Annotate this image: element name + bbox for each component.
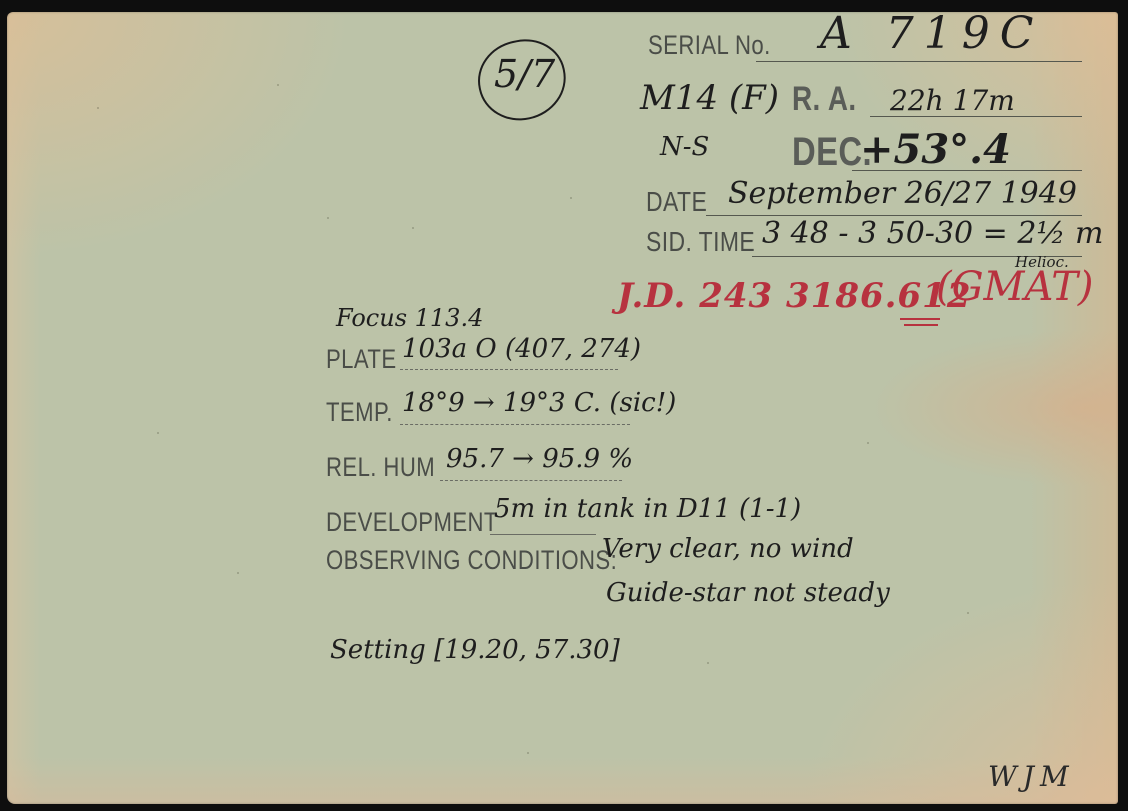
ra-prefix-note: M14 (F) (640, 78, 779, 118)
date-label: DATE (646, 186, 707, 218)
development-label: DEVELOPMENT (326, 507, 498, 538)
serial-rule (756, 61, 1082, 62)
paper-speck (157, 432, 159, 434)
ra-label: R. A. (792, 80, 857, 119)
temp-rule (400, 424, 630, 425)
rel-hum-label: REL. HUM (326, 452, 435, 483)
rel-hum-rule (440, 480, 622, 481)
serial-label: SERIAL No. (648, 30, 771, 61)
paper-speck (237, 572, 239, 574)
dec-value: +53°.4 (860, 126, 1011, 173)
jd-value: J.D. 243 3186.612 (617, 276, 971, 316)
dec-prefix-note: N-S (660, 132, 709, 162)
observing-conditions-label: OBSERVING CONDITIONS: (326, 545, 617, 576)
sid-time-value: 3 48 - 3 50-30 = 2½ m (762, 216, 1103, 251)
paper-speck (277, 84, 279, 86)
paper-speck (707, 662, 709, 664)
plate-label: PLATE (326, 344, 397, 375)
paper-speck (967, 612, 969, 614)
development-rule (490, 534, 596, 535)
paper-speck (570, 197, 572, 199)
paper-speck (97, 107, 99, 109)
observing-conditions-line-2: Guide-star not steady (606, 578, 890, 608)
plate-value: 103a O (407, 274) (402, 334, 641, 364)
focus-note: Focus 113.4 (336, 304, 483, 332)
jd-underline-1 (900, 318, 940, 320)
rel-hum-value: 95.7 → 95.9 % (446, 444, 633, 474)
temp-value: 18°9 → 19°3 C. (sic!) (402, 388, 676, 418)
plate-rule (400, 369, 618, 370)
paper-speck (867, 442, 869, 444)
date-value: September 26/27 1949 (728, 176, 1077, 211)
serial-value: A 719C (820, 8, 1043, 59)
development-value: 5m in tank in D11 (1-1) (494, 494, 801, 524)
sid-time-label: SID. TIME (646, 226, 755, 258)
paper-speck (527, 752, 529, 754)
paper-speck (327, 217, 329, 219)
temp-label: TEMP. (326, 397, 393, 428)
jd-underline-2 (904, 324, 938, 326)
ra-value: 22h 17m (890, 84, 1015, 117)
observing-conditions-line-1: Very clear, no wind (602, 534, 854, 564)
paper-speck (412, 227, 414, 229)
setting-note: Setting [19.20, 57.30] (330, 635, 620, 665)
jd-paren-note: (GMAT) (936, 264, 1094, 310)
initials: WJM (988, 760, 1075, 793)
circled-note: 5/7 (494, 52, 555, 96)
